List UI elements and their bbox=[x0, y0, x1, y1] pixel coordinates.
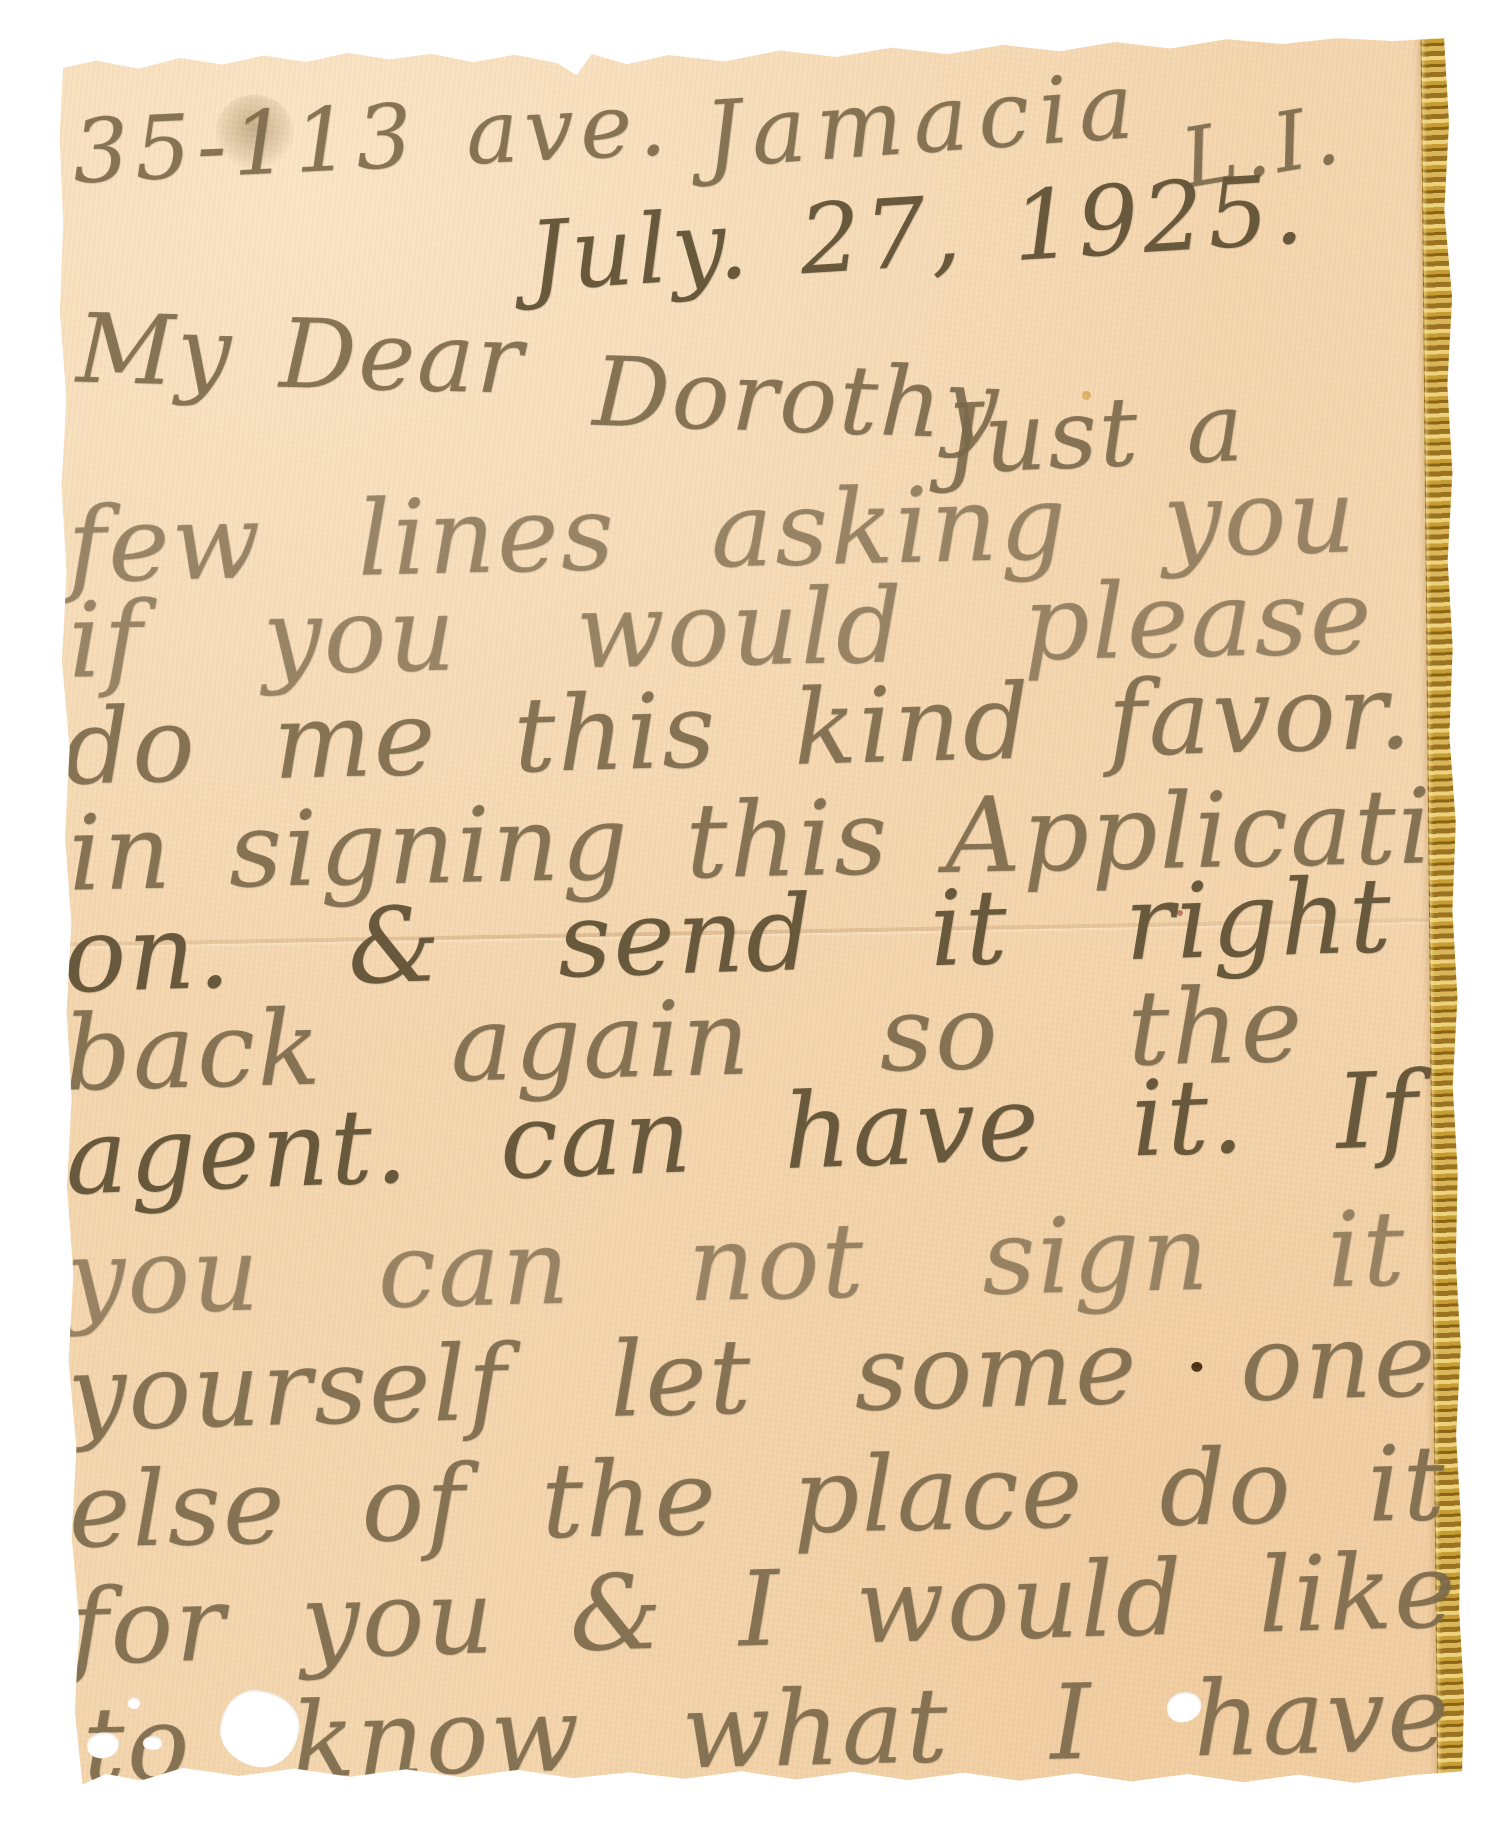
salutation: My Dear bbox=[75, 301, 525, 408]
sender-city: Jamacia bbox=[701, 60, 1146, 183]
letter-paper: 35-113 ave. Jamacia L.I. July. 27, 1925.… bbox=[55, 35, 1467, 1798]
torn-hole bbox=[143, 1736, 162, 1750]
salutation-name: Dorothy bbox=[591, 344, 1001, 454]
letter-line: yourself let some one bbox=[66, 1307, 1438, 1446]
sender-address: 35-113 ave. bbox=[71, 80, 674, 197]
letter-date: July. 27, 1925. bbox=[526, 161, 1310, 305]
torn-hole bbox=[127, 1697, 140, 1709]
